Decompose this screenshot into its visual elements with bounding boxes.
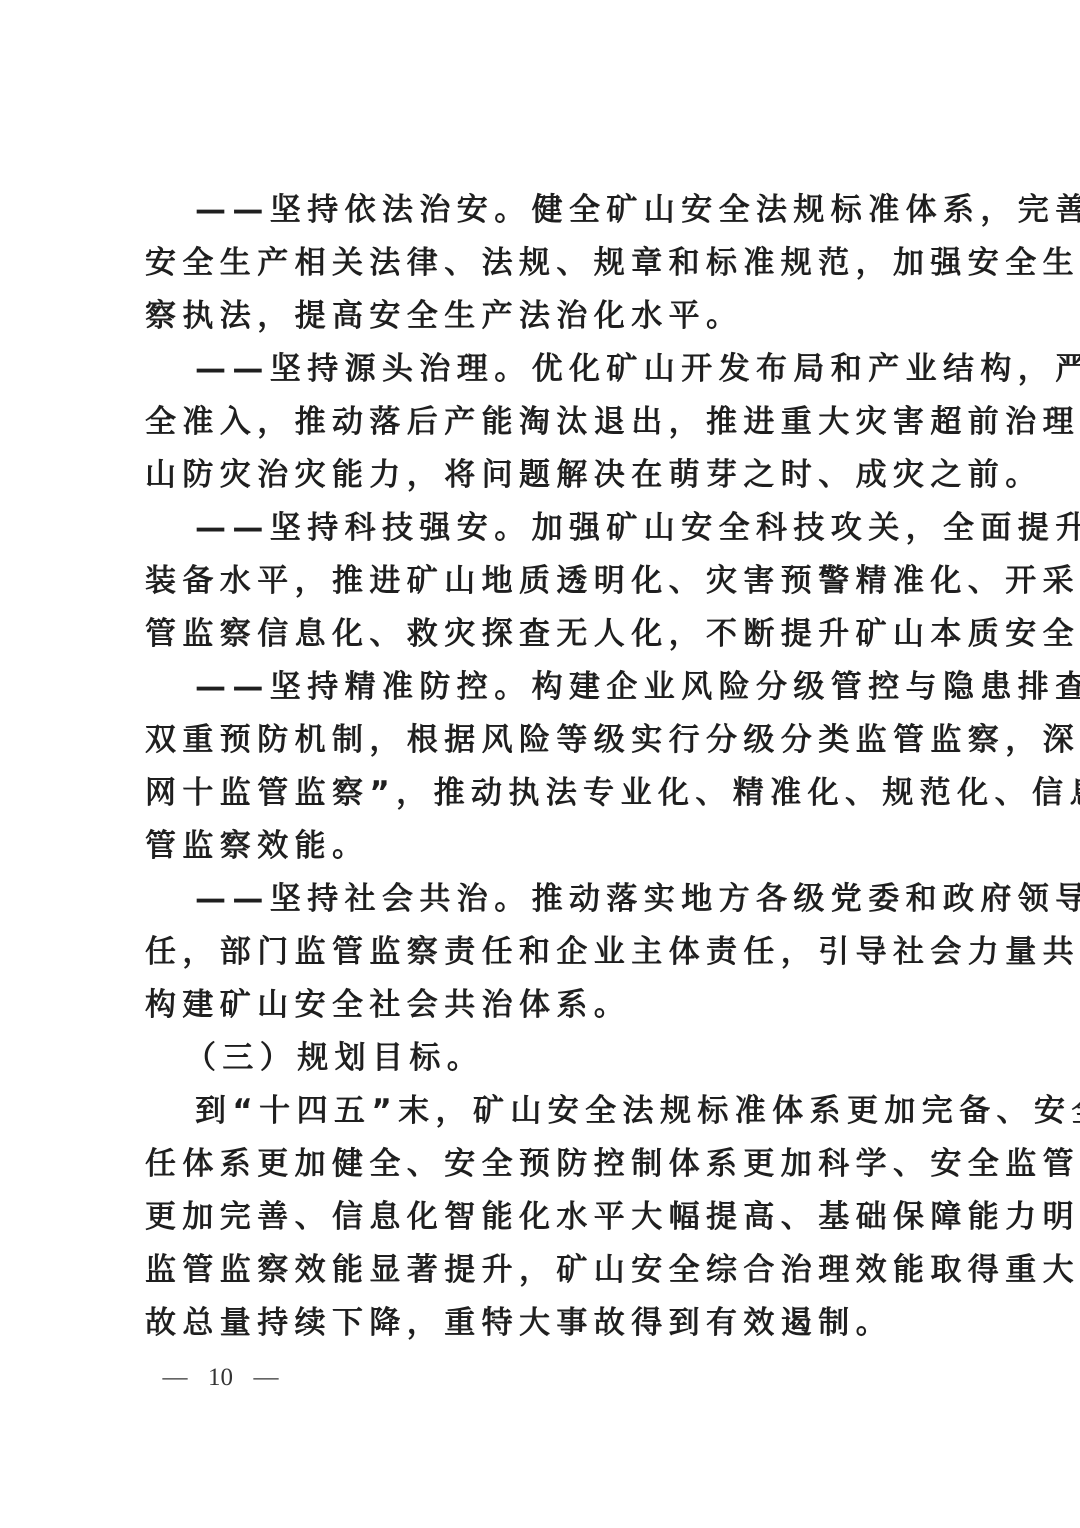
text-line: 故总量持续下降，重特大事故得到有效遏制。 (145, 1303, 945, 1343)
text-line: ——坚持精准防控。构建企业风险分级管控与隐患排查治理 (195, 667, 945, 707)
text-line: 网十监管监察”，推动执法专业化、精准化、规范化、信息化，提高监 (145, 773, 945, 813)
text-line: ——坚持源头治理。优化矿山开发布局和产业结构，严格安 (195, 349, 945, 389)
text-line: ——坚持科技强安。加强矿山安全科技攻关，全面提升科技 (195, 508, 945, 548)
text-line: 装备水平，推进矿山地质透明化、灾害预警精准化、开采智能化、监 (145, 561, 945, 601)
text-line: 监管监察效能显著提升，矿山安全综合治理效能取得重大进展，事 (145, 1250, 945, 1290)
text-line: 安全生产相关法律、法规、规章和标准规范，加强安全生产监管监 (145, 243, 945, 283)
page-number: 10 (208, 1358, 233, 1398)
section-heading: （三）规划目标。 (185, 1038, 935, 1078)
footer-dash-right: — (251, 1358, 281, 1398)
text-line: 山防灾治灾能力，将问题解决在萌芽之时、成灾之前。 (145, 455, 945, 495)
text-line: 全准入，推动落后产能淘汰退出，推进重大灾害超前治理，提升矿 (145, 402, 945, 442)
text-line: 任，部门监管监察责任和企业主体责任，引导社会力量共同参与， (145, 932, 945, 972)
page-number-footer: —10— (160, 1358, 281, 1398)
text-line: 双重预防机制，根据风险等级实行分级分类监管监察，深化“互联 (145, 720, 945, 760)
footer-dash-left: — (160, 1358, 190, 1398)
text-line: ——坚持依法治安。健全矿山安全法规标准体系，完善矿山 (195, 190, 945, 230)
text-line: 更加完善、信息化智能化水平大幅提高、基础保障能力明显增强、 (145, 1197, 945, 1237)
text-line: 管监察效能。 (145, 826, 945, 866)
text-line: 管监察信息化、救灾探查无人化，不断提升矿山本质安全水平。 (145, 614, 945, 654)
text-line: ——坚持社会共治。推动落实地方各级党委和政府领导责 (195, 879, 945, 919)
document-page: ——坚持依法治安。健全矿山安全法规标准体系，完善矿山 安全生产相关法律、法规、规… (0, 0, 1080, 1528)
text-line: 任体系更加健全、安全预防控制体系更加科学、安全监管监察体制 (145, 1144, 945, 1184)
text-line: 到“十四五”末，矿山安全法规标准体系更加完备、安全生产责 (195, 1091, 945, 1131)
text-line: 察执法，提高安全生产法治化水平。 (145, 296, 945, 336)
text-line: 构建矿山安全社会共治体系。 (145, 985, 945, 1025)
